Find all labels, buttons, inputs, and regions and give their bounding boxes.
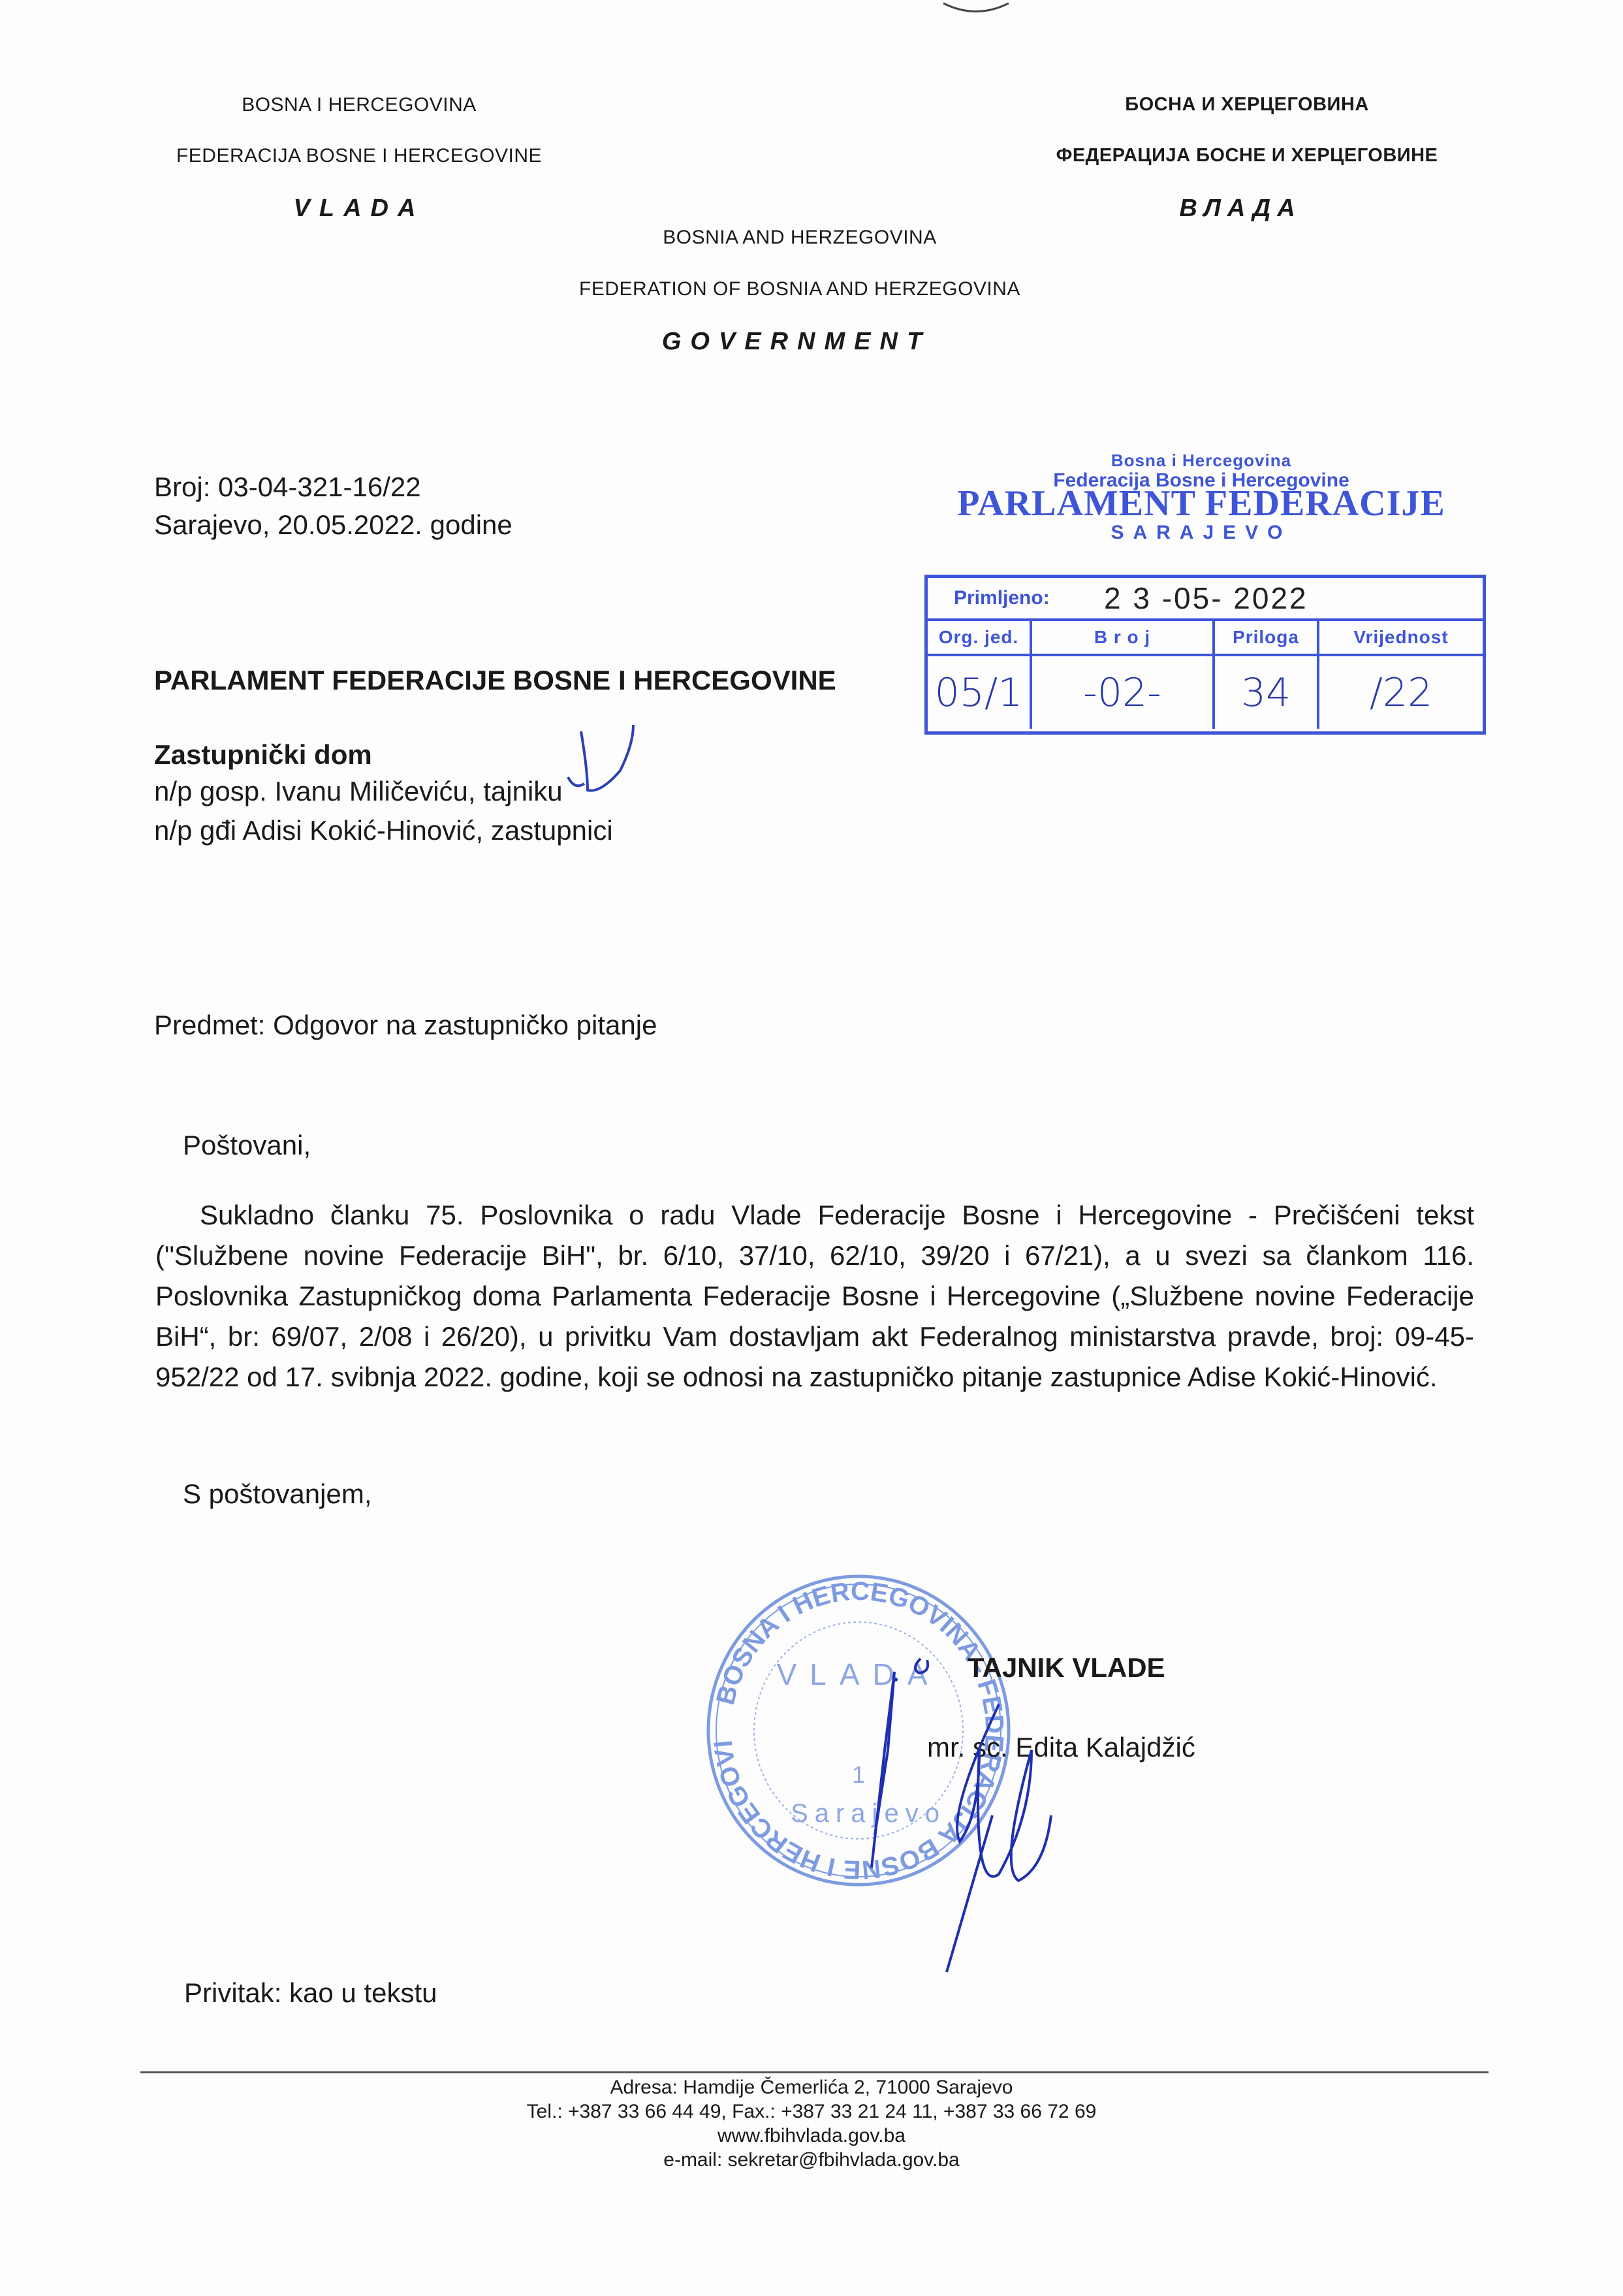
reference-place-date: Sarajevo, 20.05.2022. godine [154, 507, 512, 543]
header-left-line2: FEDERACIJA BOSNE I HERCEGOVINE [98, 145, 620, 167]
stamp-col-value: 05/1 [928, 656, 1030, 729]
header-right-line1: БОСНА И ХЕРЦЕГОВИНА [1018, 94, 1475, 116]
stamp-col-broj: B r o j -02- [1032, 621, 1215, 729]
stamp-col-priloga: Priloga 34 [1215, 621, 1319, 729]
footer: Adresa: Hamdije Čemerlića 2, 71000 Saraj… [0, 2075, 1623, 2172]
stamp-col-header: Vrijednost [1319, 621, 1483, 656]
recipient-institution: PARLAMENT FEDERACIJE BOSNE I HERCEGOVINE [154, 662, 836, 699]
stamp-col-vrijednost: Vrijednost /22 [1319, 621, 1483, 729]
header-left-line1: BOSNA I HERCEGOVINA [131, 94, 588, 116]
handwritten-signature [849, 1619, 1123, 1985]
footer-phones: Tel.: +387 33 66 44 49, Fax.: +387 33 21… [0, 2099, 1623, 2124]
stamp-col-value: -02- [1032, 656, 1212, 729]
checkmark-icon [561, 718, 640, 803]
header-center-line2: FEDERATION OF BOSNIA AND HERZEGOVINA [509, 278, 1090, 300]
stamp-col-value: /22 [1319, 656, 1483, 729]
stamp-col-header: Org. jed. [928, 621, 1030, 656]
stamp-col-header: Priloga [1215, 621, 1317, 656]
scan-artifact [940, 0, 1012, 20]
stamp-received-label: Primljeno: [928, 587, 1104, 609]
header-center-line3: GOVERNMENT [575, 328, 1018, 356]
header-right-line3: ВЛАДА [1110, 195, 1371, 223]
header-left-line3: VLADA [196, 195, 522, 223]
reference-number: Broj: 03-04-321-16/22 [154, 469, 421, 505]
letter-body: Sukladno članku 75. Poslovnika o radu Vl… [155, 1195, 1474, 1397]
subject-line: Predmet: Odgovor na zastupničko pitanje [154, 1007, 657, 1044]
footer-website[interactable]: www.fbihvlada.gov.ba [0, 2124, 1623, 2148]
stamp-line1: Bosna i Hercegovina [914, 451, 1489, 471]
header-right-line2: ФЕДЕРАЦИЈА БОСНЕ И ХЕРЦЕГОВИНЕ [992, 145, 1502, 167]
stamp-col-header: B r o j [1032, 621, 1212, 656]
stamp-col-org: Org. jed. 05/1 [928, 621, 1032, 729]
footer-divider [140, 2071, 1489, 2073]
footer-email[interactable]: e-mail: sekretar@fbihvlada.gov.ba [0, 2148, 1623, 2172]
closing: S poštovanjem, [183, 1476, 372, 1512]
recipient-attn2: n/p gđi Adisi Kokić-Hinović, zastupnici [154, 812, 613, 849]
stamp-received-date: 2 3 -05- 2022 [1104, 581, 1308, 616]
stamp-line4: SARAJEVO [914, 522, 1489, 544]
recipient-attn1: n/p gosp. Ivanu Miličeviću, tajniku [154, 773, 563, 810]
stamp-register-box: Primljeno: 2 3 -05- 2022 Org. jed. 05/1 … [924, 575, 1486, 735]
attachment-note: Privitak: kao u tekstu [184, 1975, 437, 2011]
parliament-received-stamp: Bosna i Hercegovina Federacija Bosne i H… [914, 451, 1489, 544]
salutation: Poštovani, [183, 1127, 311, 1164]
footer-address: Adresa: Hamdije Čemerlića 2, 71000 Saraj… [0, 2075, 1623, 2099]
header-center-line1: BOSNIA AND HERZEGOVINA [522, 227, 1077, 249]
stamp-col-value: 34 [1215, 656, 1317, 729]
stamp-line3: PARLAMENT FEDERACIJE [914, 485, 1489, 522]
recipient-house: Zastupnički dom [154, 737, 372, 773]
